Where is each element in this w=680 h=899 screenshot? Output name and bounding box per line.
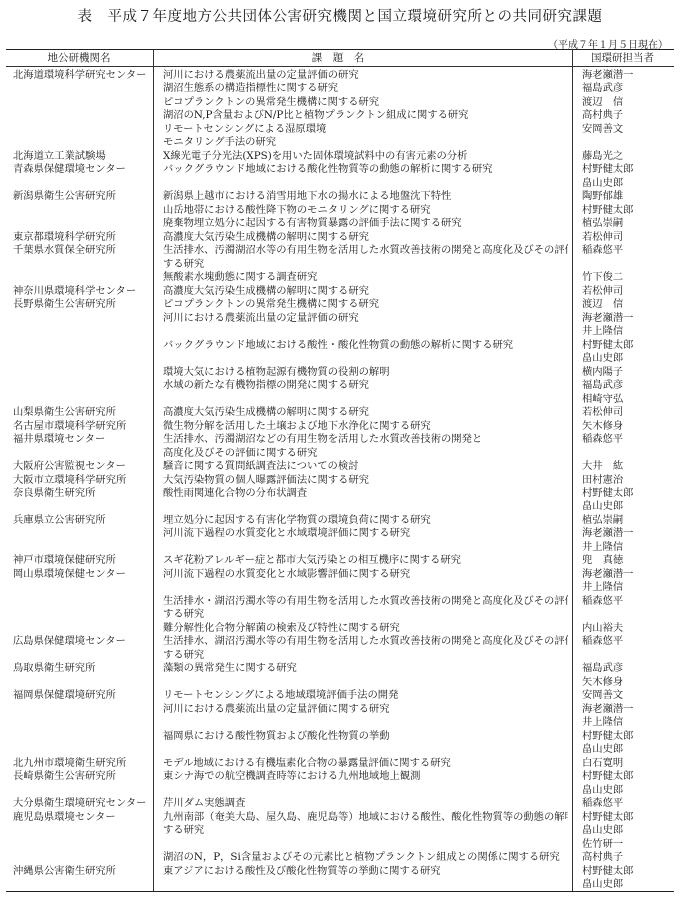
topic-cell: 藻類の異常発生に関する研究 (163, 661, 568, 675)
table-row: 高度化及びその評価に関する研究 (0, 446, 680, 460)
nies-person-cell: 海老瀬潜一 (582, 567, 674, 581)
nies-person-cell: 福島武彦 (582, 378, 674, 392)
nies-person-cell: 渡辺 信 (582, 297, 674, 311)
nies-person-cell: 村野健太郎 (582, 338, 674, 352)
table-row: 福井県環境センター生活排水、汚濁湖沼などの有用生物を活用した水質改善技術の開発と… (0, 432, 680, 446)
topic-cell: 河川における農薬流出量の定量評価に関する研究 (163, 702, 568, 716)
table-row: 山梨県衛生公害研究所高濃度大気汚染生成機構の解明に関する研究若松伸司 (0, 405, 680, 419)
nies-person-cell: 安岡善文 (582, 688, 674, 702)
topic-cell: スギ花粉アレルギー症と都市大気汚染との相互機序に関する研究 (163, 553, 568, 567)
table-row: 岡山県環境保健センター河川流下過程の水質変化と水域影響評価に関する研究海老瀬潜一 (0, 567, 680, 581)
topic-cell: 高度化及びその評価に関する研究 (163, 446, 568, 460)
table-row: 難分解性化合物分解菌の検索及び特性に関する研究内山裕夫 (0, 621, 680, 635)
table-row: 奈良県衛生研究所酸性雨関連化合物の分布状調査村野健太郎 (0, 486, 680, 500)
table-row: 井上隆信 (0, 324, 680, 338)
table-row: 沖縄県公害衛生研究所東アジアにおける酸性及び酸化性物質等の挙動に関する研究村野健… (0, 864, 680, 878)
topic-cell: 新潟県上越市における消雪用地下水の揚水による地盤沈下特性 (163, 189, 568, 203)
organization-cell: 鹿児島県環境センター (13, 810, 153, 824)
nies-person-cell: 藤島光之 (582, 149, 674, 163)
nies-person-cell: 若松伸司 (582, 405, 674, 419)
table-row: 神戸市環境保健研究所スギ花粉アレルギー症と都市大気汚染との相互機序に関する研究兜… (0, 553, 680, 567)
nies-person-cell: 陶野郁雄 (582, 189, 674, 203)
nies-person-cell: 畠山史郎 (582, 742, 674, 756)
topic-cell: 山岳地帯における酸性降下物のモニタリングに関する研究 (163, 203, 568, 217)
topic-cell: 九州南部（奄美大島、屋久島、鹿児島等）地域における酸性、酸化性物質等の動態の解明… (163, 810, 568, 824)
table-row: 広島県保健環境センター生活排水、湖沼汚濁水等の有用生物を活用した水質改善技術の開… (0, 634, 680, 648)
nies-person-cell: 田村憲治 (582, 473, 674, 487)
topic-cell: する研究 (163, 607, 568, 621)
nies-person-cell: 矢木修身 (582, 419, 674, 433)
nies-person-cell: 海老瀬潜一 (582, 526, 674, 540)
table-row: 井上隆信 (0, 715, 680, 729)
nies-person-cell: 畠山史郎 (582, 499, 674, 513)
organization-cell: 北海道立工業試験場 (13, 149, 153, 163)
topic-cell: ピコプランクトンの異常発生機構に関する研究 (163, 297, 568, 311)
nies-person-cell: 渡辺 信 (582, 95, 674, 109)
nies-person-cell: 稲森悠平 (582, 432, 674, 446)
topic-cell: 騒音に関する質問紙調査法についての検討 (163, 459, 568, 473)
table-row: 井上隆信 (0, 580, 680, 594)
topic-cell: 生活排水、湖沼汚濁水等の有用生物を活用した水質改善技術の開発と高度化及びその評価… (163, 634, 568, 648)
table-row: 千葉県水質保全研究所生活排水、汚濁湖沼水等の有用生物を活用した水質改善技術の開発… (0, 243, 680, 257)
table-row: 佐竹研一 (0, 837, 680, 851)
nies-person-cell: 井上隆信 (582, 540, 674, 554)
table-row: する研究 (0, 257, 680, 271)
table-row: リモートセンシングによる湿原環境安岡善文 (0, 122, 680, 136)
nies-person-cell: 稲森悠平 (582, 796, 674, 810)
organization-cell: 大阪市立環境科学研究所 (13, 473, 153, 487)
organization-cell: 広島県保健環境センター (13, 634, 153, 648)
table-row: 福岡県保健環境研究所リモートセンシングによる地域環境評価手法の開発安岡善文 (0, 688, 680, 702)
table-row: 河川における農薬流出量の定量評価に関する研究海老瀬潜一 (0, 702, 680, 716)
nies-person-cell: 畠山史郎 (582, 823, 674, 837)
nies-person-cell: 植弘崇嗣 (582, 513, 674, 527)
topic-cell: 福岡県における酸性物質および酸化性物質の挙動 (163, 729, 568, 743)
table-row: 新潟県衛生公害研究所新潟県上越市における消雪用地下水の揚水による地盤沈下特性陶野… (0, 189, 680, 203)
table-row: 湖沼のN,P含量およびN/P比と植物プランクトン組成に関する研究高村典子 (0, 108, 680, 122)
table-row: 河川流下過程の水質変化と水域環境評価に関する研究海老瀬潜一 (0, 526, 680, 540)
table-row: 大阪府公害監視センター騒音に関する質問紙調査法についての検討大井 紘 (0, 459, 680, 473)
table-row: 生活排水・湖沼汚濁水等の有用生物を活用した水質改善技術の開発と高度化及びその評価… (0, 594, 680, 608)
topic-cell: 廃棄物埋立処分に起因する有害物質暴露の評価手法に関する研究 (163, 216, 568, 230)
nies-person-cell: 海老瀬潜一 (582, 702, 674, 716)
topic-cell: バックグラウンド地域における酸化性物質等の動態の解析に関する研究 (163, 162, 568, 176)
topic-cell: 埋立処分に起因する有害化学物質の環境負荷に関する研究 (163, 513, 568, 527)
nies-person-cell: 竹下俊二 (582, 270, 674, 284)
table-row: 湖沼生態系の構造指標性に関する研究福島武彦 (0, 81, 680, 95)
organization-cell: 沖縄県公害衛生研究所 (13, 864, 153, 878)
top-rule (6, 49, 674, 50)
nies-person-cell: 稲森悠平 (582, 594, 674, 608)
organization-cell: 奈良県衛生研究所 (13, 486, 153, 500)
bottom-rule (6, 891, 674, 892)
nies-person-cell: 村野健太郎 (582, 162, 674, 176)
table-row: 大阪市立環境科学研究所大気汚染物質の個人曝露評価法に関する研究田村憲治 (0, 473, 680, 487)
nies-person-cell: 内山裕夫 (582, 621, 674, 635)
organization-cell: 名古屋市環境科学研究所 (13, 419, 153, 433)
organization-cell: 兵庫県立公害研究所 (13, 513, 153, 527)
nies-person-cell: 相崎守弘 (582, 392, 674, 406)
nies-person-cell: 大井 紘 (582, 459, 674, 473)
nies-person-cell: 矢木修身 (582, 675, 674, 689)
table-row: 北九州市環境衛生研究所モデル地域における有機塩素化合物の暴露量評価に関する研究白… (0, 756, 680, 770)
nies-person-cell: 稲森悠平 (582, 243, 674, 257)
table-row: 青森県保健環境センターバックグラウンド地域における酸化性物質等の動態の解析に関す… (0, 162, 680, 176)
table-row: 兵庫県立公害研究所埋立処分に起因する有害化学物質の環境負荷に関する研究植弘崇嗣 (0, 513, 680, 527)
organization-cell: 北九州市環境衛生研究所 (13, 756, 153, 770)
topic-cell: リモートセンシングによる湿原環境 (163, 122, 568, 136)
table-row: 山岳地帯における酸性降下物のモニタリングに関する研究村野健太郎 (0, 203, 680, 217)
table-row: 鹿児島県環境センター九州南部（奄美大島、屋久島、鹿児島等）地域における酸性、酸化… (0, 810, 680, 824)
nies-person-cell: 高村典子 (582, 108, 674, 122)
organization-cell: 東京都環境科学研究所 (13, 230, 153, 244)
table-row: 相崎守弘 (0, 392, 680, 406)
table-row: する研究 (0, 607, 680, 621)
topic-cell: 環境大気における植物起源有機物質の役割の解明 (163, 365, 568, 379)
nies-person-cell: 村野健太郎 (582, 810, 674, 824)
organization-cell: 大阪府公害監視センター (13, 459, 153, 473)
organization-cell: 山梨県衛生公害研究所 (13, 405, 153, 419)
table-row: 環境大気における植物起源有機物質の役割の解明横内陽子 (0, 365, 680, 379)
table-row: 河川における農薬流出量の定量評価の研究海老瀬潜一 (0, 311, 680, 325)
table-row: 廃棄物埋立処分に起因する有害物質暴露の評価手法に関する研究植弘崇嗣 (0, 216, 680, 230)
topic-cell: 高濃度大気汚染生成機構の解明に関する研究 (163, 405, 568, 419)
header-organization: 地公研機関名 (6, 51, 152, 65)
table-row: 井上隆信 (0, 540, 680, 554)
topic-cell: 水域の新たな有機物指標の開発に関する研究 (163, 378, 568, 392)
topic-cell: 難分解性化合物分解菌の検索及び特性に関する研究 (163, 621, 568, 635)
table-row: 名古屋市環境科学研究所微生物分解を活用した土壌および地下水浄化に関する研究矢木修… (0, 419, 680, 433)
nies-person-cell: 畠山史郎 (582, 783, 674, 797)
table-row: 鳥取県衛生研究所藻類の異常発生に関する研究福島武彦 (0, 661, 680, 675)
topic-cell: 湖沼のN,P含量およびN/P比と植物プランクトン組成に関する研究 (163, 108, 568, 122)
nies-person-cell: 稲森悠平 (582, 634, 674, 648)
topic-cell: 河川における農薬流出量の定量評価の研究 (163, 311, 568, 325)
nies-person-cell: 畠山史郎 (582, 176, 674, 190)
table-row: 無酸素水塊動態に関する調査研究竹下俊二 (0, 270, 680, 284)
nies-person-cell: 村野健太郎 (582, 486, 674, 500)
topic-cell: 東シナ海での航空機調査時等における九州地域地上観測 (163, 769, 568, 783)
nies-person-cell: 井上隆信 (582, 715, 674, 729)
table-row: ピコプランクトンの異常発生機構に関する研究渡辺 信 (0, 95, 680, 109)
nies-person-cell: 畠山史郎 (582, 351, 674, 365)
topic-cell: モニタリング手法の研究 (163, 135, 568, 149)
table-row: 畠山史郎 (0, 783, 680, 797)
table-row: 長崎県衛生公害研究所東シナ海での航空機調査時等における九州地域地上観測村野健太郎 (0, 769, 680, 783)
topic-cell: 生活排水、汚濁湖沼水等の有用生物を活用した水質改善技術の開発と高度化及びその評価… (163, 243, 568, 257)
topic-cell: 河川流下過程の水質変化と水域環境評価に関する研究 (163, 526, 568, 540)
topic-cell: する研究 (163, 823, 568, 837)
nies-person-cell: 村野健太郎 (582, 203, 674, 217)
table-row: 畠山史郎 (0, 877, 680, 891)
topic-cell: 大気汚染物質の個人曝露評価法に関する研究 (163, 473, 568, 487)
organization-cell: 福岡県保健環境研究所 (13, 688, 153, 702)
nies-person-cell: 村野健太郎 (582, 729, 674, 743)
topic-cell: モデル地域における有機塩素化合物の暴露量評価に関する研究 (163, 756, 568, 770)
table-row: する研究畠山史郎 (0, 823, 680, 837)
topic-cell: 高濃度大気汚染生成機構の解明に関する研究 (163, 230, 568, 244)
table-row: 長野県衛生公害研究所ピコプランクトンの異常発生機構に関する研究渡辺 信 (0, 297, 680, 311)
table-row: 畠山史郎 (0, 742, 680, 756)
nies-person-cell: 横内陽子 (582, 365, 674, 379)
table-row: 畠山史郎 (0, 351, 680, 365)
organization-cell: 岡山県環境保健センター (13, 567, 153, 581)
topic-cell: 湖沼のN，P，Si含量およびその元素比と植物プランクトン組成との関係に関する研究 (163, 850, 568, 864)
topic-cell: 河川における農薬流出量の定量評価の研究 (163, 68, 568, 82)
organization-cell: 長野県衛生公害研究所 (13, 297, 153, 311)
topic-cell: 湖沼生態系の構造指標性に関する研究 (163, 81, 568, 95)
table-row: 大分県衛生環境研究センター芹川ダム実態調査稲森悠平 (0, 796, 680, 810)
nies-person-cell: 海老瀬潜一 (582, 68, 674, 82)
topic-cell: バックグラウンド地域における酸性・酸化性物質の動態の解析に関する研究 (163, 338, 568, 352)
topic-cell: する研究 (163, 257, 568, 271)
topic-cell: 河川流下過程の水質変化と水域影響評価に関する研究 (163, 567, 568, 581)
organization-cell: 鳥取県衛生研究所 (13, 661, 153, 675)
organization-cell: 千葉県水質保全研究所 (13, 243, 153, 257)
organization-cell: 新潟県衛生公害研究所 (13, 189, 153, 203)
nies-person-cell: 白石寛明 (582, 756, 674, 770)
organization-cell: 北海道環境科学研究センター (13, 68, 153, 82)
header-rule (6, 66, 674, 67)
nies-person-cell: 安岡善文 (582, 122, 674, 136)
nies-person-cell: 村野健太郎 (582, 769, 674, 783)
nies-person-cell: 植弘崇嗣 (582, 216, 674, 230)
table-title: 表 平成７年度地方公共団体公害研究機関と国立環境研究所との共同研究課題 (0, 5, 680, 26)
table-row: 北海道環境科学研究センター河川における農薬流出量の定量評価の研究海老瀬潜一 (0, 68, 680, 82)
nies-person-cell: 福島武彦 (582, 81, 674, 95)
nies-person-cell: 海老瀬潜一 (582, 311, 674, 325)
header-topic: 課 題 名 (153, 51, 523, 65)
topic-cell: リモートセンシングによる地域環境評価手法の開発 (163, 688, 568, 702)
table-row: 福岡県における酸性物質および酸化性物質の挙動村野健太郎 (0, 729, 680, 743)
topic-cell: X線光電子分光法(XPS)を用いた固体環境試料中の有害元素の分析 (163, 149, 568, 163)
organization-cell: 長崎県衛生公害研究所 (13, 769, 153, 783)
topic-cell: する研究 (163, 648, 568, 662)
nies-person-cell: 高村典子 (582, 850, 674, 864)
nies-person-cell: 井上隆信 (582, 324, 674, 338)
table-row: バックグラウンド地域における酸性・酸化性物質の動態の解析に関する研究村野健太郎 (0, 338, 680, 352)
nies-person-cell: 福島武彦 (582, 661, 674, 675)
organization-cell: 神奈川県環境科学センター (13, 284, 153, 298)
table-row: 神奈川県環境科学センター高濃度大気汚染生成機構の解明に関する研究若松伸司 (0, 284, 680, 298)
nies-person-cell: 畠山史郎 (582, 877, 674, 891)
nies-person-cell: 井上隆信 (582, 580, 674, 594)
table-row: 水域の新たな有機物指標の開発に関する研究福島武彦 (0, 378, 680, 392)
table-row: する研究 (0, 648, 680, 662)
table-row: 矢木修身 (0, 675, 680, 689)
topic-cell: ピコプランクトンの異常発生機構に関する研究 (163, 95, 568, 109)
topic-cell: 酸性雨関連化合物の分布状調査 (163, 486, 568, 500)
topic-cell: 生活排水、汚濁湖沼などの有用生物を活用した水質改善技術の開発と (163, 432, 568, 446)
organization-cell: 青森県保健環境センター (13, 162, 153, 176)
table-row: 湖沼のN，P，Si含量およびその元素比と植物プランクトン組成との関係に関する研究… (0, 850, 680, 864)
nies-person-cell: 佐竹研一 (582, 837, 674, 851)
table-row: 東京都環境科学研究所高濃度大気汚染生成機構の解明に関する研究若松伸司 (0, 230, 680, 244)
topic-cell: 微生物分解を活用した土壌および地下水浄化に関する研究 (163, 419, 568, 433)
nies-person-cell: 村野健太郎 (582, 864, 674, 878)
topic-cell: 高濃度大気汚染生成機構の解明に関する研究 (163, 284, 568, 298)
topic-cell: 芹川ダム実態調査 (163, 796, 568, 810)
topic-cell: 東アジアにおける酸性及び酸化性物質等の挙動に関する研究 (163, 864, 568, 878)
topic-cell: 生活排水・湖沼汚濁水等の有用生物を活用した水質改善技術の開発と高度化及びその評価… (163, 594, 568, 608)
header-nies-person: 国環研担当者 (571, 51, 674, 65)
table-row: 北海道立工業試験場X線光電子分光法(XPS)を用いた固体環境試料中の有害元素の分… (0, 149, 680, 163)
organization-cell: 福井県環境センター (13, 432, 153, 446)
table-row: 畠山史郎 (0, 176, 680, 190)
organization-cell: 大分県衛生環境研究センター (13, 796, 153, 810)
nies-person-cell: 兜 真徳 (582, 553, 674, 567)
table-row: モニタリング手法の研究 (0, 135, 680, 149)
topic-cell: 無酸素水塊動態に関する調査研究 (163, 270, 568, 284)
nies-person-cell: 若松伸司 (582, 284, 674, 298)
nies-person-cell: 若松伸司 (582, 230, 674, 244)
organization-cell: 神戸市環境保健研究所 (13, 553, 153, 567)
table-row: 畠山史郎 (0, 499, 680, 513)
